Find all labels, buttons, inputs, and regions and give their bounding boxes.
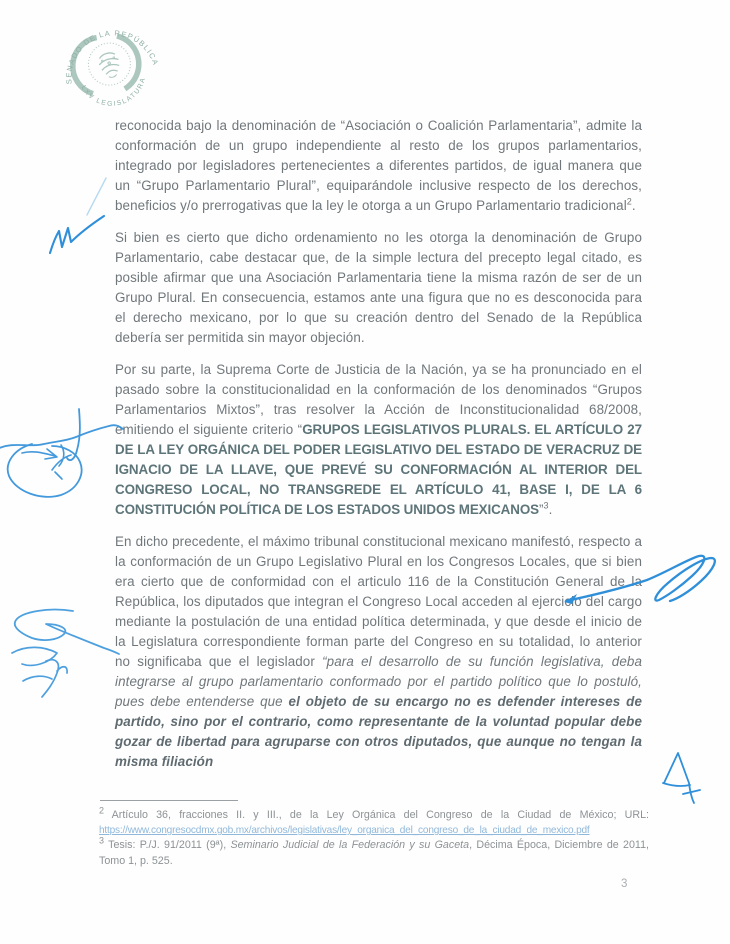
senate-seal: SENADO DE LA REPÚBLICA LXV LEGISLATURA: [40, 6, 185, 124]
pen-scribble-left: [12, 610, 119, 697]
pen-check-mark: [50, 216, 104, 253]
paragraph: Si bien es cierto que dicho ordenamiento…: [115, 228, 642, 348]
pen-slash-mark: [87, 178, 106, 215]
page-number: 3: [621, 878, 627, 890]
text-segment: En dicho precedente, el máximo tribunal …: [115, 534, 642, 669]
footnote-separator: [100, 800, 238, 801]
document-body: reconocida bajo la denominación de “Asoc…: [115, 116, 642, 784]
footnote: 2 Artículo 36, fracciones II. y III., de…: [99, 808, 649, 838]
text-segment: .: [549, 502, 553, 517]
paragraph: En dicho precedente, el máximo tribunal …: [115, 532, 642, 772]
pen-circled-flourish: [0, 409, 123, 497]
text-segment: Seminario Judicial de la Federación y su…: [230, 839, 469, 851]
text-segment: Tesis: P./J. 91/2011 (9ª),: [104, 839, 230, 851]
scanned-page: SENADO DE LA REPÚBLICA LXV LEGISLATURA r…: [0, 0, 730, 944]
text-segment: reconocida bajo la denominación de “Asoc…: [115, 118, 642, 213]
text-segment: .: [632, 198, 636, 213]
footnote-link[interactable]: https://www.congresocdmx.gob.mx/archivos…: [99, 825, 590, 836]
pen-triangle-mark: [663, 753, 700, 803]
seal-eagle-emblem: [97, 51, 123, 80]
paragraph: Por su parte, la Suprema Corte de Justic…: [115, 360, 642, 520]
footnote-list: 2 Artículo 36, fracciones II. y III., de…: [99, 808, 649, 869]
paragraph: reconocida bajo la denominación de “Asoc…: [115, 116, 642, 216]
text-segment: Si bien es cierto que dicho ordenamiento…: [115, 230, 642, 345]
text-segment: Artículo 36, fracciones II. y III., de l…: [104, 809, 649, 821]
footnotes-section: 2 Artículo 36, fracciones II. y III., de…: [99, 800, 649, 869]
footnote: 3 Tesis: P./J. 91/2011 (9ª), Seminario J…: [99, 838, 649, 868]
